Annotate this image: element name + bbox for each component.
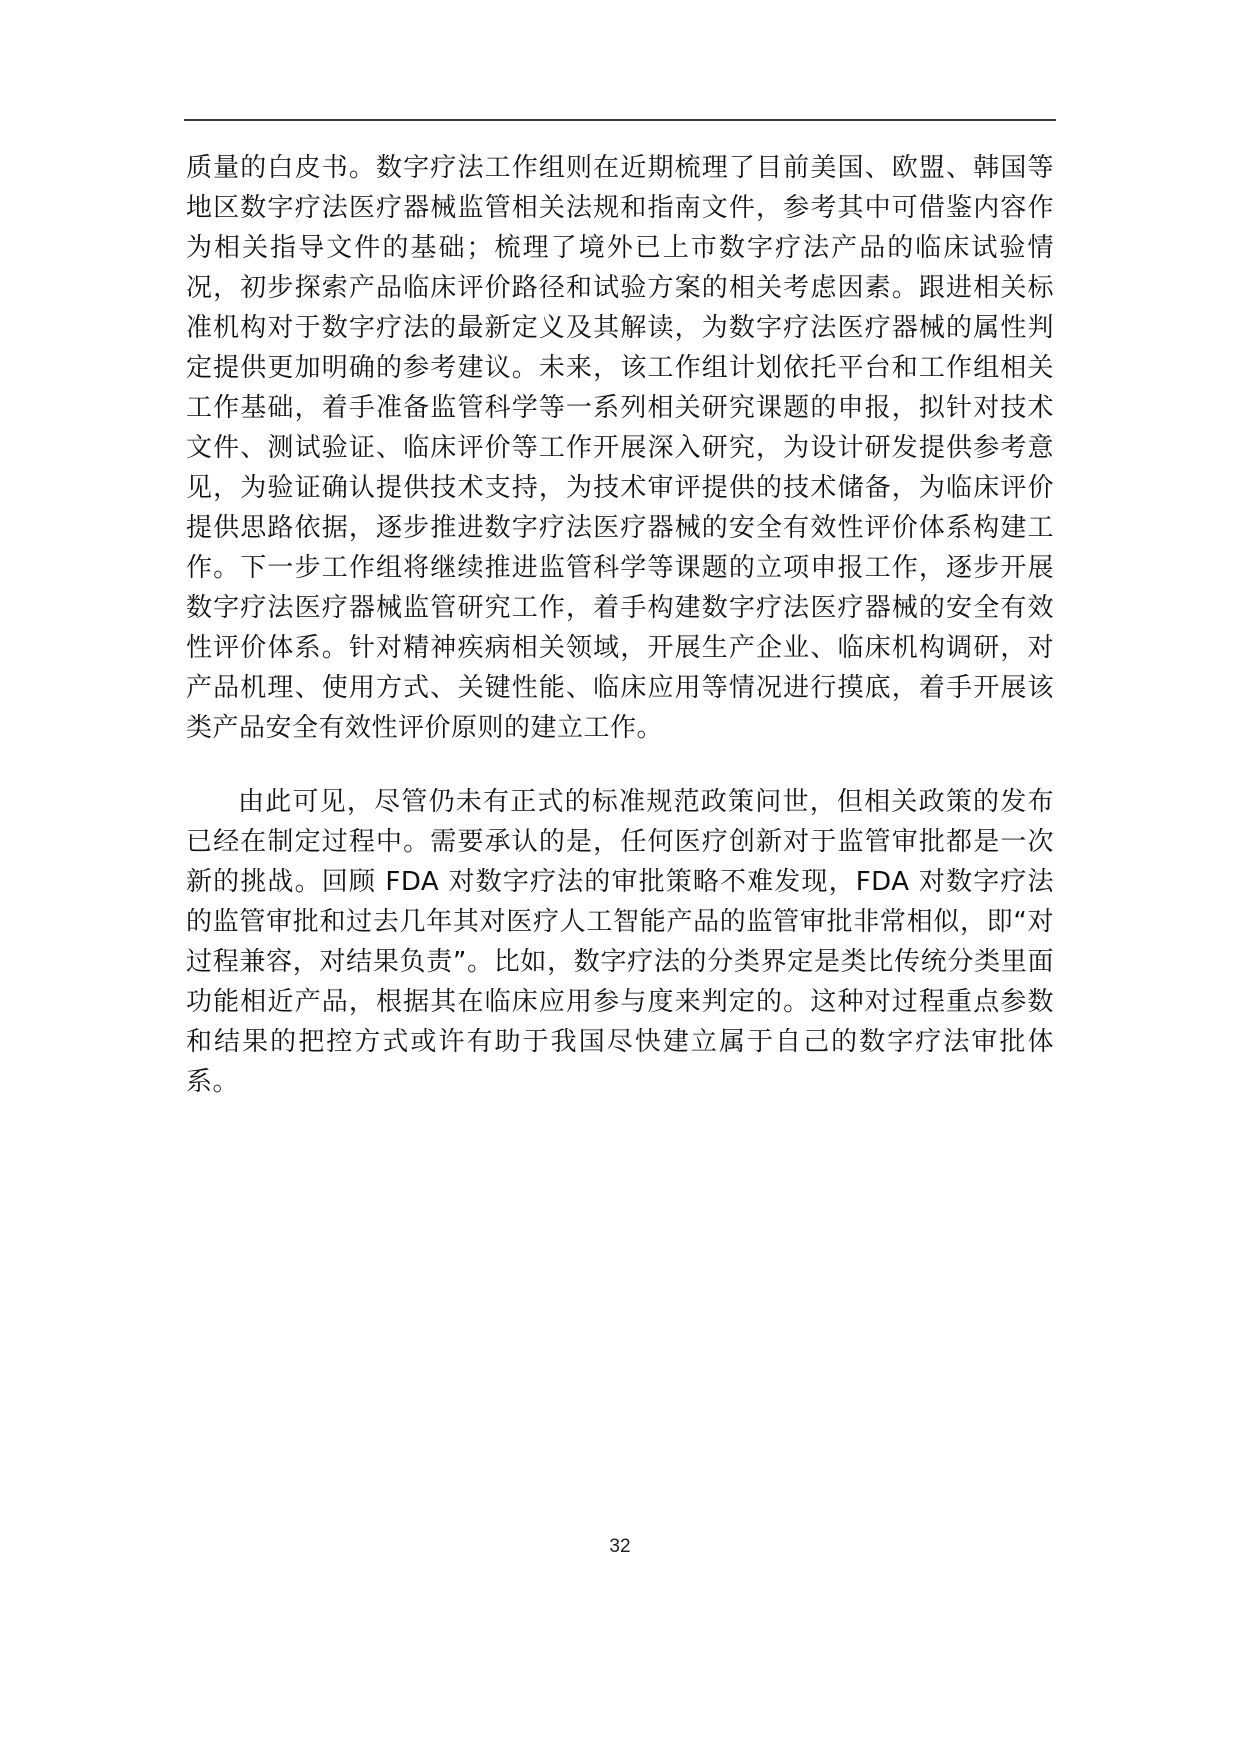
paragraph-working-group-progress: 质量的白皮书。数字疗法工作组则在近期梳理了目前美国、欧盟、韩国等地区数字疗法医疗… xyxy=(186,148,1054,748)
paragraph-regulatory-outlook: 由此可见，尽管仍未有正式的标准规范政策问世，但相关政策的发布已经在制定过程中。需… xyxy=(186,782,1054,1102)
header-rule xyxy=(184,119,1056,121)
body-text: 质量的白皮书。数字疗法工作组则在近期梳理了目前美国、欧盟、韩国等地区数字疗法医疗… xyxy=(186,148,1054,1102)
page-number: 32 xyxy=(0,1536,1240,1558)
